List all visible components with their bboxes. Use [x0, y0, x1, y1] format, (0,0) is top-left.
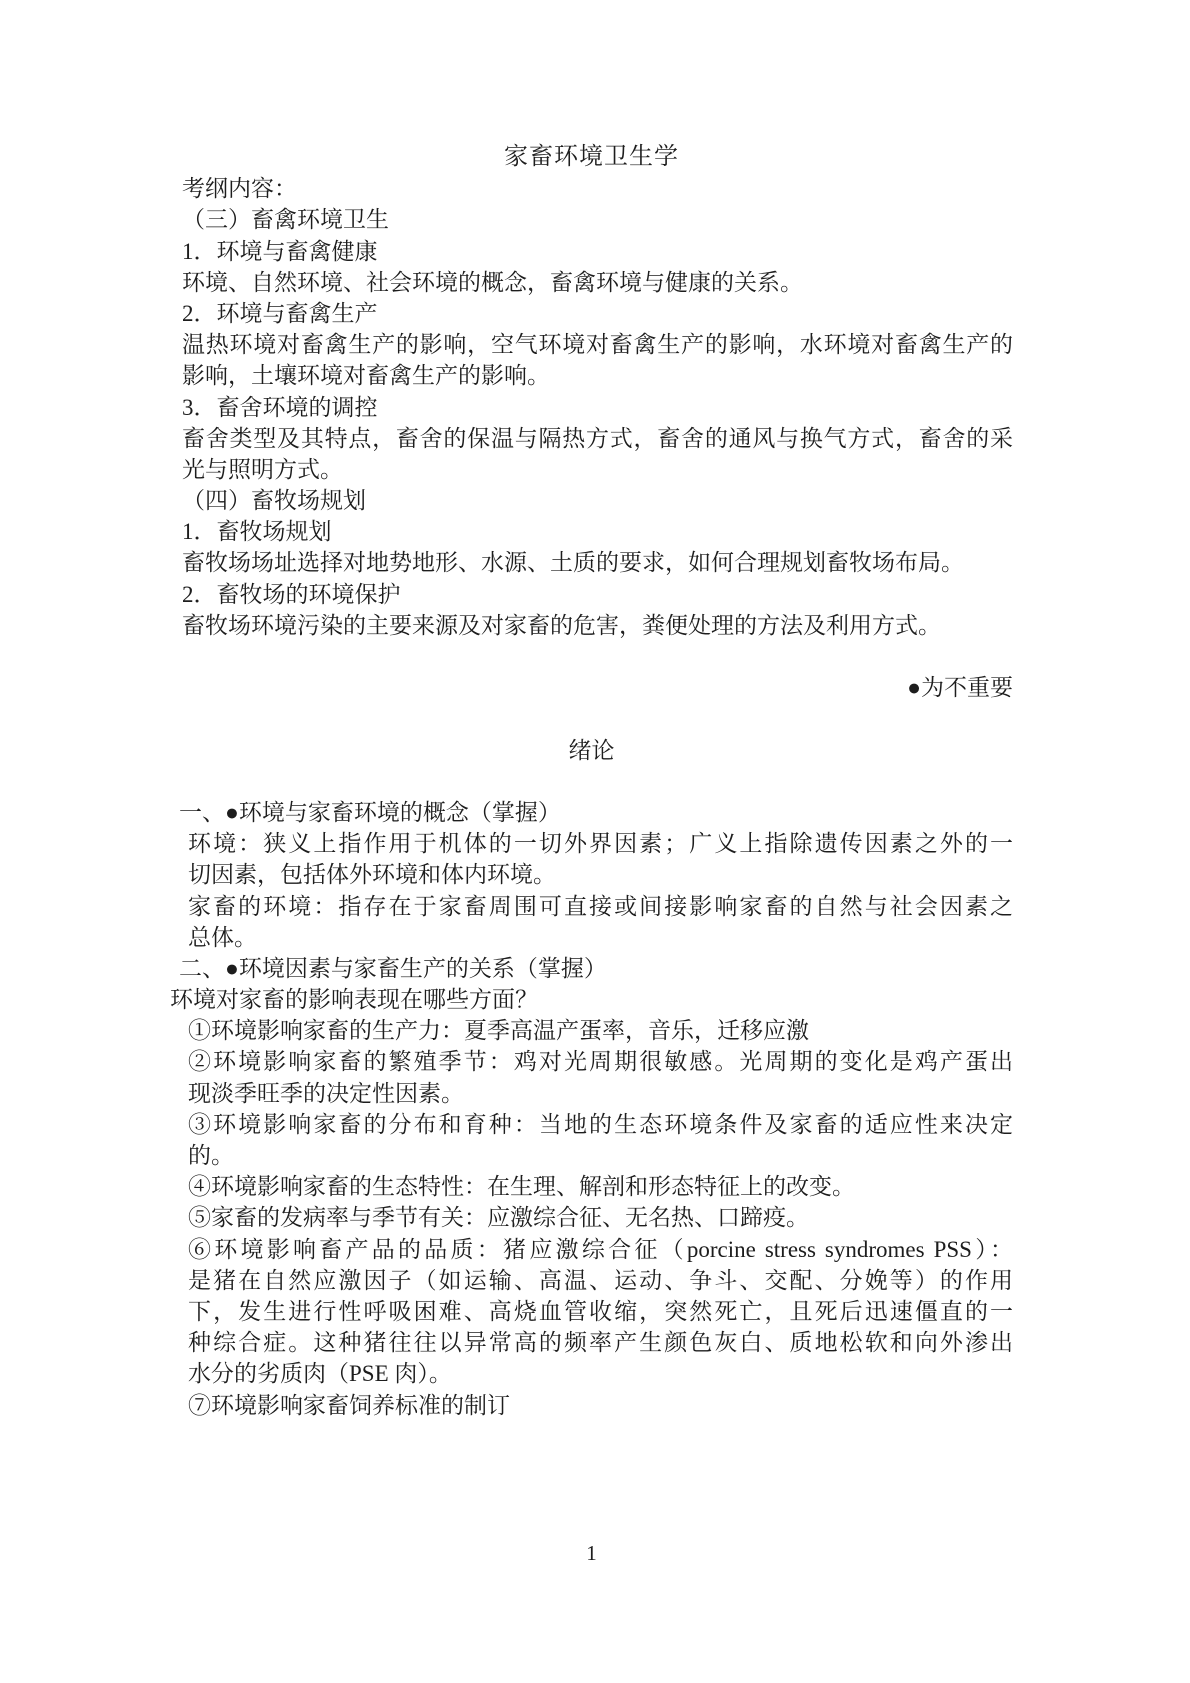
text-line: ⑥环境影响畜产品的品质：猪应激综合征（porcine stress syndro… — [170, 1234, 1013, 1265]
text-line: 畜舍类型及其特点，畜舍的保温与隔热方式，畜舍的通风与换气方式，畜舍的采 — [170, 423, 1013, 454]
text-line: 绪论 — [170, 735, 1013, 766]
page-number: 1 — [170, 1538, 1013, 1569]
text-line: ②环境影响家畜的繁殖季节：鸡对光周期很敏感。光周期的变化是鸡产蛋出 — [170, 1046, 1013, 1077]
text-line: 一、●环境与家畜环境的概念（掌握） — [170, 797, 1013, 828]
text-line: 下，发生进行性呼吸困难、高烧血管收缩，突然死亡，且死后迅速僵直的一 — [170, 1296, 1013, 1327]
text-line: 家畜的环境：指存在于家畜周围可直接或间接影响家畜的自然与社会因素之 — [170, 891, 1013, 922]
document-body: 家畜环境卫生学 考纲内容：（三）畜禽环境卫生1．环境与畜禽健康环境、自然环境、社… — [170, 142, 1013, 1421]
blank-line — [170, 641, 1013, 672]
text-line: ●为不重要 — [170, 672, 1013, 703]
text-line: （三）畜禽环境卫生 — [170, 204, 1013, 235]
text-line: 环境、自然环境、社会环境的概念，畜禽环境与健康的关系。 — [170, 267, 1013, 298]
text-line: 3．畜舍环境的调控 — [170, 392, 1013, 423]
text-line: 总体。 — [170, 922, 1013, 953]
text-line: 环境对家畜的影响表现在哪些方面？ — [170, 984, 1013, 1015]
document-lines: 考纲内容：（三）畜禽环境卫生1．环境与畜禽健康环境、自然环境、社会环境的概念，畜… — [170, 173, 1013, 1421]
text-line: 1．环境与畜禽健康 — [170, 236, 1013, 267]
text-line: 1．畜牧场规划 — [170, 516, 1013, 547]
text-line: ①环境影响家畜的生产力：夏季高温产蛋率，音乐，迁移应激 — [170, 1015, 1013, 1046]
text-line: 水分的劣质肉（PSE 肉）。 — [170, 1358, 1013, 1389]
blank-line — [170, 766, 1013, 797]
text-line: （四）畜牧场规划 — [170, 485, 1013, 516]
text-line: ⑦环境影响家畜饲养标准的制订 — [170, 1390, 1013, 1421]
text-line: ④环境影响家畜的生态特性：在生理、解剖和形态特征上的改变。 — [170, 1171, 1013, 1202]
text-line: 2．环境与畜禽生产 — [170, 298, 1013, 329]
text-line: 的。 — [170, 1140, 1013, 1171]
text-line: 环境：狭义上指作用于机体的一切外界因素；广义上指除遗传因素之外的一 — [170, 828, 1013, 859]
blank-line — [170, 703, 1013, 734]
text-line: 现淡季旺季的决定性因素。 — [170, 1078, 1013, 1109]
text-line: 光与照明方式。 — [170, 454, 1013, 485]
text-line: 切因素，包括体外环境和体内环境。 — [170, 859, 1013, 890]
text-line: ⑤家畜的发病率与季节有关：应激综合征、无名热、口蹄疫。 — [170, 1202, 1013, 1233]
text-line: 是猪在自然应激因子（如运输、高温、运动、争斗、交配、分娩等）的作用 — [170, 1265, 1013, 1296]
text-line: 2．畜牧场的环境保护 — [170, 579, 1013, 610]
text-line: 二、●环境因素与家畜生产的关系（掌握） — [170, 953, 1013, 984]
text-line: 影响，土壤环境对畜禽生产的影响。 — [170, 360, 1013, 391]
document-title: 家畜环境卫生学 — [170, 142, 1013, 173]
text-line: 畜牧场场址选择对地势地形、水源、土质的要求，如何合理规划畜牧场布局。 — [170, 547, 1013, 578]
text-line: 种综合症。这种猪往往以异常高的频率产生颜色灰白、质地松软和向外渗出 — [170, 1327, 1013, 1358]
text-line: 畜牧场环境污染的主要来源及对家畜的危害，粪便处理的方法及利用方式。 — [170, 610, 1013, 641]
document-page: 家畜环境卫生学 考纲内容：（三）畜禽环境卫生1．环境与畜禽健康环境、自然环境、社… — [0, 0, 1190, 1683]
text-line: 温热环境对畜禽生产的影响，空气环境对畜禽生产的影响，水环境对畜禽生产的 — [170, 329, 1013, 360]
text-line: ③环境影响家畜的分布和育种：当地的生态环境条件及家畜的适应性来决定 — [170, 1109, 1013, 1140]
text-line: 考纲内容： — [170, 173, 1013, 204]
